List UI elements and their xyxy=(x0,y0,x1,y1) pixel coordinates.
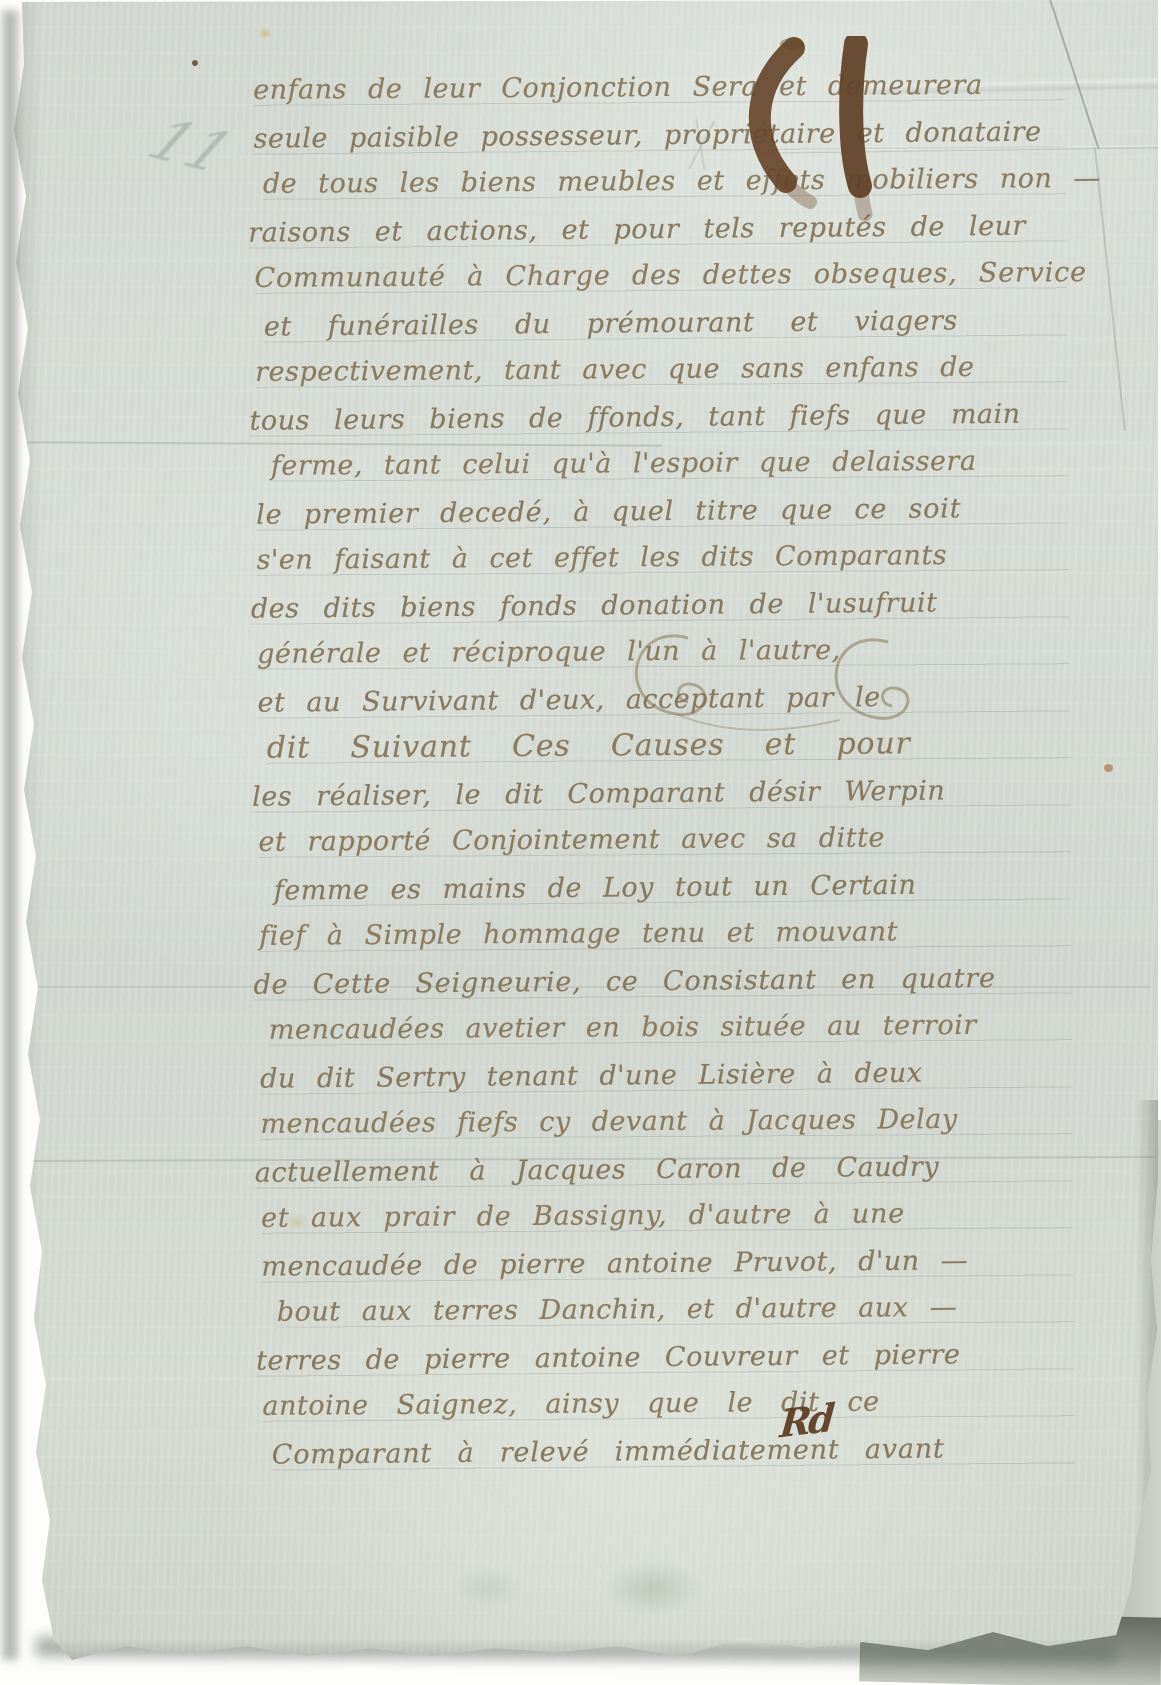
ink-speck xyxy=(192,60,198,66)
text-line: tous leurs biens de ffonds, tant fiefs q… xyxy=(249,390,1067,444)
manuscript-text: enfans de leur Conjonction Sera et demeu… xyxy=(253,61,1075,1477)
page-left-shadow xyxy=(2,10,18,1660)
rust-speck xyxy=(1104,764,1113,772)
text-line: et funérailles du prémourant et viagers xyxy=(264,296,1067,350)
text-line: Communauté à Charge des dettes obseques,… xyxy=(254,249,1066,302)
scanned-manuscript-page: { "colors": { "paper": "#d5dbd4", "ink":… xyxy=(0,0,1161,1685)
text-line: fief à Simple hommage tenu et mouvant xyxy=(259,907,1071,960)
ink-blot-bar-icon xyxy=(851,44,860,186)
manuscript-paper: 11 Rd enfans de leur Conjonction Sera et… xyxy=(8,0,1158,1678)
ink-blot-stamp xyxy=(730,36,910,236)
text-line: de tous les biens meubles et effets mobi… xyxy=(263,155,1066,208)
text-line: antoine Saignez, ainsy que le dit ce xyxy=(262,1377,1074,1430)
text-line: ferme, tant celui qu'à l'espoir que dela… xyxy=(271,437,1068,490)
text-line: mencaudées avetier en bois située au ter… xyxy=(269,1001,1072,1054)
text-line: terres de pierre antoine Couvreur et pie… xyxy=(256,1330,1074,1384)
text-line: raisons et actions, et pour tels reputés… xyxy=(248,202,1066,256)
text-line: bout aux terres Danchin, et d'autre aux … xyxy=(277,1283,1074,1336)
text-line: du dit Sertry tenant d'une Lisière à deu… xyxy=(260,1048,1072,1102)
pencil-note: 11 xyxy=(136,107,246,185)
flourish-ornament xyxy=(588,604,1018,744)
stain xyxy=(438,1560,538,1616)
ink-blot-crescent-icon xyxy=(760,48,794,182)
text-line: et rapporté Conjointement avec sa ditte xyxy=(258,813,1070,866)
text-line: enfans de leur Conjonction Sera et demeu… xyxy=(253,61,1065,114)
text-line: le premier decedé, à quel titre que ce s… xyxy=(256,484,1068,538)
text-line: mencaudée de pierre antoine Pruvot, d'un… xyxy=(261,1236,1073,1290)
text-line: les réaliser, le dit Comparant désir Wer… xyxy=(252,766,1070,820)
text-line: et aux prair de Bassigny, d'autre à une xyxy=(261,1189,1073,1242)
paraph-mark: Rd xyxy=(778,1394,834,1446)
stain xyxy=(256,26,274,41)
stain xyxy=(583,1548,723,1628)
text-line: Comparant à relevé immédiatement avant xyxy=(272,1424,1075,1478)
text-line: seule paisible possesseur, propriétaire … xyxy=(253,108,1065,162)
text-line: de Cette Seigneurie, ce Consistant en qu… xyxy=(253,954,1071,1008)
text-line: s'en faisant à cet effet les dits Compar… xyxy=(256,531,1068,584)
text-line: femme es mains de Loy tout un Certain xyxy=(274,860,1071,914)
text-line: actuellement à Jacques Caron de Caudry xyxy=(255,1142,1073,1196)
text-line: mencaudées fiefs cy devant à Jacques Del… xyxy=(260,1095,1072,1148)
text-line: respectivement, tant avec que sans enfan… xyxy=(255,343,1067,396)
